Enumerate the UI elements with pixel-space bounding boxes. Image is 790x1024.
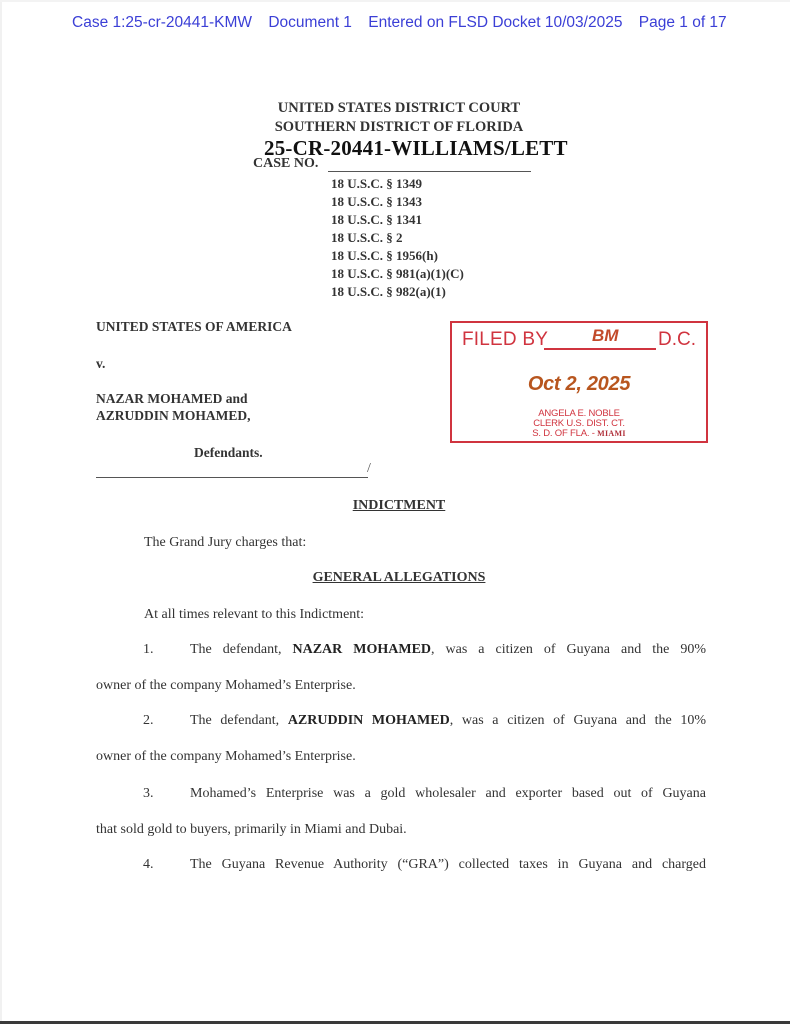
filed-stamp: FILED BY BM D.C. Oct 2, 2025 ANGELA E. N… [450,321,708,443]
defendant-names: NAZAR MOHAMED and AZRUDDIN MOHAMED, [96,390,251,424]
section-heading: GENERAL ALLEGATIONS [4,570,790,586]
document-title: INDICTMENT [4,498,790,514]
defendant-name: AZRUDDIN MOHAMED [288,713,450,728]
stamp-clerk-block: ANGELA E. NOBLE CLERK U.S. DIST. CT. S. … [452,409,706,439]
defendant-line: NAZAR MOHAMED and [96,390,251,407]
defendant-name: NAZAR MOHAMED [292,642,431,657]
statute-item: 18 U.S.C. § 981(a)(1)(C) [331,265,464,283]
caption-rule [96,477,368,478]
stamp-initials: BM [592,326,618,346]
paragraph-number: 4. [96,857,190,873]
paragraph-text: The defendant, AZRUDDIN MOHAMED, was a c… [190,713,706,729]
court-name: UNITED STATES DISTRICT COURT [4,100,790,117]
paragraph-text-continued: owner of the company Mohamed’s Enterpris… [96,678,356,694]
stamp-dc: D.C. [658,329,696,351]
stamp-district: S. D. OF FLA. - [532,428,594,439]
statute-item: 18 U.S.C. § 1349 [331,175,464,193]
paragraph-text: The Guyana Revenue Authority (“GRA”) col… [190,857,706,873]
paragraph-text-continued: owner of the company Mohamed’s Enterpris… [96,749,356,765]
statute-item: 18 U.S.C. § 982(a)(1) [331,283,464,301]
paragraph-text-continued: that sold gold to buyers, primarily in M… [96,822,407,838]
charges-intro: The Grand Jury charges that: [144,535,306,551]
paragraph-text: The defendant, NAZAR MOHAMED, was a citi… [190,642,706,658]
statute-item: 18 U.S.C. § 2 [331,229,464,247]
stamp-signature-line [544,348,656,350]
statute-list: 18 U.S.C. § 1349 18 U.S.C. § 1343 18 U.S… [331,175,464,301]
paragraph-number: 1. [96,642,190,658]
statute-item: 18 U.S.C. § 1343 [331,193,464,211]
stamp-division: MIAMI [597,429,626,438]
docket-case-number: Case 1:25-cr-20441-KMW [72,14,252,31]
paragraph-text: Mohamed’s Enterprise was a gold wholesal… [190,786,706,802]
plaintiff-name: UNITED STATES OF AMERICA [96,319,292,335]
caption-slash: / [367,461,371,477]
docket-page-count: Page 1 of 17 [639,14,727,31]
paragraph-number: 3. [96,786,190,802]
stamp-district-line: S. D. OF FLA. - MIAMI [452,429,706,439]
docket-entered-date: Entered on FLSD Docket 10/03/2025 [368,14,622,31]
docket-document-number: Document 1 [268,14,352,31]
statute-item: 18 U.S.C. § 1341 [331,211,464,229]
page-edge [0,0,2,1024]
versus-label: v. [96,356,105,372]
page-edge [0,0,790,2]
court-district: SOUTHERN DISTRICT OF FLORIDA [4,119,790,136]
docket-header: Case 1:25-cr-20441-KMW Document 1 Entere… [72,14,727,32]
case-no-underline [328,171,531,172]
case-no-label: CASE NO. [253,156,318,172]
stamp-date: Oct 2, 2025 [452,373,706,396]
statute-item: 18 U.S.C. § 1956(h) [331,247,464,265]
defendant-line: AZRUDDIN MOHAMED, [96,407,251,424]
paragraph-number: 2. [96,713,190,729]
relevant-times-text: At all times relevant to this Indictment… [144,607,364,623]
stamp-filed-by: FILED BY [462,329,548,351]
defendants-label: Defendants. [194,445,263,461]
